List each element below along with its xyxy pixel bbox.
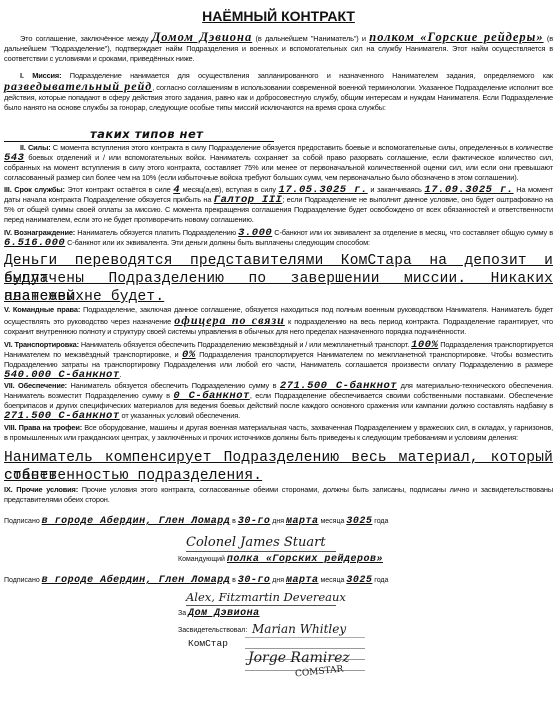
supply-bonus: 271.500 С-банкнот [4,410,120,422]
signatory-role-1: Командующий полка «Горских рейдеров» [178,554,383,565]
section-mission: I. Миссия: Подразделение нанимается для … [4,71,553,113]
section-supply: VII. Обеспечение: Наниматель обязуется о… [4,381,553,421]
document-title: НАЁМНЫЙ КОНТРАКТ [0,8,557,24]
section-salvage: VIII. Права на трофеи: Все оборудование,… [4,423,553,443]
signing-place: в городе Абердин, Глен Ломард [42,516,231,527]
signing-place-date-1: Подписано в городе Абердин, Глен Ломард … [4,516,388,527]
signing-month: марта [286,575,319,586]
section-transport: VI. Транспортировка: Наниматель обязуетс… [4,340,553,380]
section-other: IX. Прочие условия: Прочие условия этого… [4,485,553,505]
witness-signature: Marian Whitley [252,622,346,636]
salvage-terms-line: собственностью подразделения. [4,467,553,485]
payment-method-line: платежей не будет. [4,288,553,306]
section-payment: IV. Вознаграждение: Наниматель обязуется… [4,228,553,248]
signatory-role-2: За Дом Дэвиона [178,608,260,619]
signature-rule [186,605,336,606]
witness-label: Засвидетельствовал: [178,627,247,634]
witness-organization: КомСтар [188,638,228,649]
employer-signature: Alex, Fitzmartin Devereaux [186,590,346,604]
signature-rule [186,551,336,552]
intro-paragraph: Это соглашение, заключённое между Домом … [4,32,553,64]
employer-name: Домом Дэвиона [152,30,252,44]
transport-amount: 540.000 С-банкнот [4,369,120,381]
signing-month: марта [286,516,319,527]
liaison-type: офицера по связи [174,313,285,327]
section-command: V. Командные права: Подразделение, заклю… [4,305,553,337]
signing-day: 30-го [238,575,271,586]
signing-place-date-2: Подписано в городе Абердин, Глен Ломард … [4,575,388,586]
signatory-party: Дом Дэвиона [188,608,260,619]
witness-rule [245,637,365,638]
signing-year: 3025 [346,575,372,586]
contract-page: НАЁМНЫЙ КОНТРАКТ Это соглашение, заключё… [0,0,557,701]
section-term: III. Срок службы: Этот контракт остаётся… [4,185,553,225]
mission-type: разведывательный рейд [4,79,152,93]
unit-name: полком «Горские рейдеры» [369,30,543,44]
signing-day: 30-го [238,516,271,527]
section-forces: II. Силы: С момента вступления этого кон… [4,143,553,183]
signing-year: 3025 [346,516,372,527]
signing-place: в городе Абердин, Глен Ломард [42,575,231,586]
payment-total: 6.516.000 [4,237,65,249]
comstar-stamp-signature: Jorge Ramirez [248,650,350,666]
signatory-party: полка «Горских рейдеров» [227,554,383,565]
unit-commander-signature: Colonel James Stuart [186,535,326,550]
excluded-underline [4,141,274,142]
excluded-mission-types: таких типов нет [90,127,203,141]
